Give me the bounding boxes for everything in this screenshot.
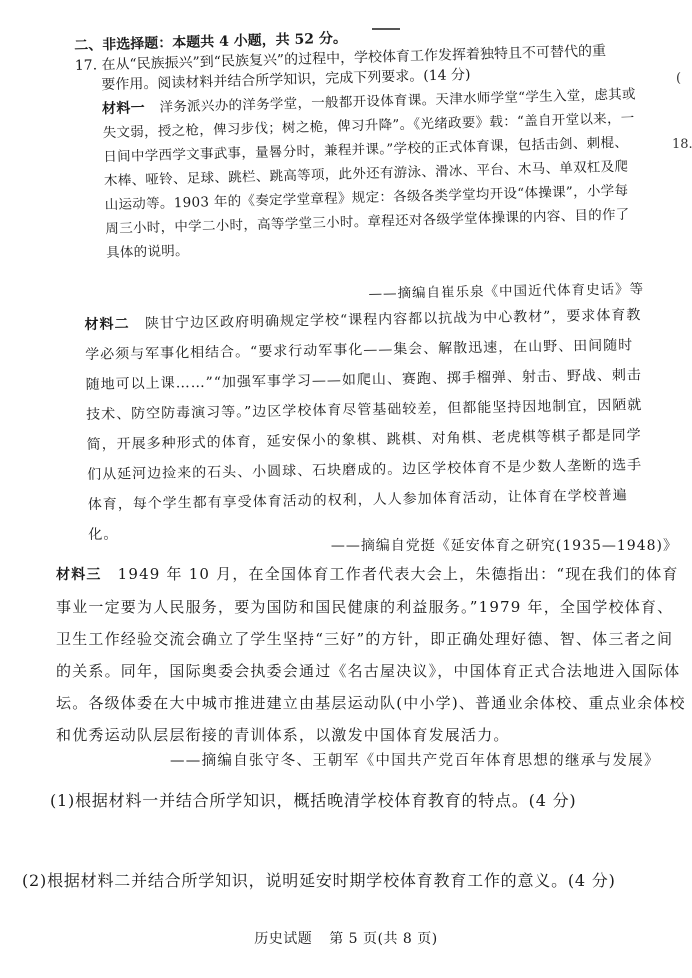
material-1-text: 洋务派兴办的洋务学堂，一般都开设体育课。天津水师学堂“学生入堂，虑其或失文弱，授… [103, 86, 636, 261]
question-number: 17. [75, 57, 98, 74]
sub-question-2: (2)根据材料二并结合所学知识，说明延安时期学校体育教育工作的意义。(4 分) [22, 868, 616, 891]
material-3-source: ——摘编自张守冬、王朝军《中国共产党百年体育思想的继承与发展》 [170, 749, 660, 770]
material-2-text: 陕甘宁边区政府明确规定学校“课程内容都以抗战为中心教材”，要求体育教学必须与军事… [85, 307, 642, 543]
material-3-text: 1949 年 10 月，在全国体育工作者代表大会上，朱德指出：“现在我们的体育事… [56, 565, 686, 744]
adjacent-page-margin: ( 18. [676, 70, 681, 88]
exam-page: ( 18. 二、非选择题：本题共 4 小题，共 52 分。 17. 在从“民族振… [0, 0, 692, 978]
material-3-label: 材料三 [56, 567, 102, 583]
footer-page-number: 第 5 页(共 8 页) [329, 931, 438, 947]
material-1: 材料一 洋务派兴办的洋务学堂，一般都开设体育课。天津水师学堂“学生入堂，虑其或失… [76, 82, 640, 266]
material-2-source: ——摘编自党挺《延安体育之研究(1935—1948)》 [331, 535, 678, 555]
material-1-label: 材料一 [102, 100, 145, 117]
material-3: 材料三 1949 年 10 月，在全国体育工作者代表大会上，朱德指出：“现在我们… [56, 558, 686, 751]
next-question-number: 18. [672, 136, 692, 154]
material-2: 材料二 陕甘宁边区政府明确规定学校“课程内容都以抗战为中心教材”，要求体育教学必… [84, 300, 648, 550]
question-17-header-and-material-1: 二、非选择题：本题共 4 小题，共 52 分。 17. 在从“民族振兴”到“民族… [74, 20, 640, 266]
material-2-block: ——摘编自崔乐泉《中国近代体育史话》等 材料二 陕甘宁边区政府明确规定学校“课程… [84, 280, 648, 550]
page-footer: 历史试题 第 5 页(共 8 页) [0, 928, 692, 948]
footer-subject: 历史试题 [254, 931, 312, 947]
sub-question-1: (1)根据材料一并结合所学知识，概括晚清学校体育教育的特点。(4 分) [50, 788, 576, 811]
material-2-label: 材料二 [84, 316, 129, 333]
margin-fragment: ( [676, 70, 681, 88]
